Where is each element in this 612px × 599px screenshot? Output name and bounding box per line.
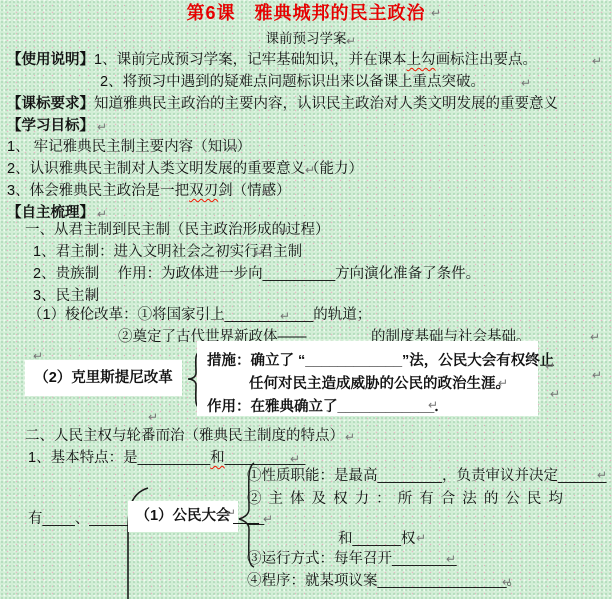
paragraph-mark: ↵	[97, 208, 107, 220]
after-brace-fragment: __	[248, 510, 264, 527]
paragraph-mark: ↵	[446, 553, 456, 565]
paragraph-mark: ↵	[226, 507, 236, 519]
usage-item1-wavy: 上勾	[407, 52, 436, 68]
paragraph-mark: ↵	[550, 388, 560, 400]
effect-line: 作用：在雅典确立了____________．	[207, 395, 449, 416]
measures-line-1: 措施：确立了 “____________”法，公民大会有权终止	[207, 349, 554, 370]
paragraph-mark: ↵	[229, 142, 239, 154]
measures-line-2: 任何对民主造成威胁的公民的政治生涯。	[249, 372, 510, 393]
paragraph-mark: ↵	[428, 399, 438, 411]
goal-item3-pre: 3、体会雅典民主政治是一把	[7, 183, 189, 199]
usage-label: 【使用说明】	[7, 52, 94, 68]
paragraph-mark: ↵	[592, 369, 602, 381]
feature-pre: 1、基本特点：是_________	[28, 450, 210, 466]
paragraph-mark: ↵	[33, 350, 43, 362]
goal-item-3: 3、体会雅典民主政治是一把双刃剑（情感）	[7, 183, 291, 200]
paragraph-mark: ↵	[502, 576, 512, 588]
paragraph-mark: ↵	[527, 352, 537, 364]
usage-line-2: 2、将预习中遇到的疑难点问题标识出来以备课上重点突破。	[100, 74, 485, 91]
part1-aristocracy: 2、贵族制 作用：为政体进一步向_________方向演化准备了条件。	[33, 266, 480, 283]
paragraph-mark: ↵	[416, 532, 426, 544]
usage-item1-post: 画标注出要点。	[436, 52, 538, 68]
paragraph-mark: ↵	[148, 411, 158, 423]
page-title: 第6课 雅典城邦的民主政治	[0, 3, 612, 24]
paragraph-mark: ↵	[592, 55, 602, 67]
part1-solon-1: （1）梭伦改革：①将国家引上___________的轨道；	[28, 307, 371, 324]
assembly-box-label: （1）公民大会	[128, 501, 238, 532]
paragraph-mark: ↵	[263, 513, 273, 525]
assembly-item-2: ② 主 体 及 权 力 ： 所 有 合 法 的 公 民 均	[247, 491, 564, 508]
selfstudy-label: 【自主梳理】	[7, 205, 94, 222]
paragraph-mark: ↵	[498, 377, 508, 389]
part2-feature: 1、基本特点：是_________和__________	[28, 450, 305, 467]
paragraph-mark: ↵	[86, 290, 96, 302]
assembly-item-4: ④程序：就某项议案________________。	[247, 573, 521, 590]
goals-label: 【学习目标】	[7, 118, 94, 135]
paragraph-mark: ↵	[346, 35, 356, 47]
paragraph-mark: ↵	[97, 121, 107, 133]
paragraph-mark: ↵	[345, 431, 355, 443]
goal-item-1: 1、 牢记雅典民主制主要内容（知识）	[7, 139, 251, 156]
measures-box: 措施：确立了 “____________”法，公民大会有权终止 任何对民主造成威…	[197, 341, 538, 416]
paragraph-mark: ↵	[279, 225, 289, 237]
standard-text: 知道雅典民主政治的主要内容，认识民主政治对人类文明发展的重要意义	[94, 96, 558, 112]
worksheet-page: 第6课 雅典城邦的民主政治 课前预习学案 【使用说明】1、课前完成预习学案，记牢…	[0, 0, 612, 599]
paragraph-mark: ↵	[254, 247, 264, 259]
paragraph-mark: ↵	[545, 360, 555, 372]
cleisthenes-box-label: （2）克里斯提尼改革	[25, 360, 182, 396]
assembly-item-1: ①性质职能：是最高________，负责审议并决定______	[247, 468, 606, 485]
paragraph-mark: ↵	[590, 331, 600, 343]
goal-item3-post: 剑（情感）	[218, 183, 291, 199]
standard-line: 【课标要求】知道雅典民主政治的主要内容，认识民主政治对人类文明发展的重要意义	[7, 96, 558, 113]
assembly-box: （1）公民大会	[128, 501, 238, 532]
cleisthenes-box: （2）克里斯提尼改革	[25, 360, 182, 396]
paragraph-mark: ↵	[521, 77, 531, 89]
paragraph-mark: ↵	[305, 164, 315, 176]
standard-label: 【课标要求】	[7, 96, 94, 112]
assembly-item-2-cont: 和______权	[338, 531, 415, 548]
page-subtitle: 课前预习学案	[0, 31, 612, 47]
paragraph-mark: ↵	[431, 7, 441, 19]
feature-wavy: 和	[210, 450, 225, 466]
assembly-item-3: ③运行方式：每年召开________	[247, 551, 457, 568]
paragraph-mark: ↵	[290, 453, 300, 465]
goal-item3-wavy: 双刃	[189, 183, 218, 199]
usage-item1-pre: 1、课前完成预习学案，记牢基础知识，并在课本	[94, 52, 407, 68]
paragraph-mark: ↵	[597, 469, 607, 481]
paragraph-mark: ↵	[280, 310, 290, 322]
part2-heading: 二、人民主权与轮番而治（雅典民主制度的特点）	[25, 428, 344, 445]
paragraph-mark: ↵	[262, 186, 272, 198]
usage-line-1: 【使用说明】1、课前完成预习学案，记牢基础知识，并在课本上勾画标注出要点。	[7, 52, 537, 69]
